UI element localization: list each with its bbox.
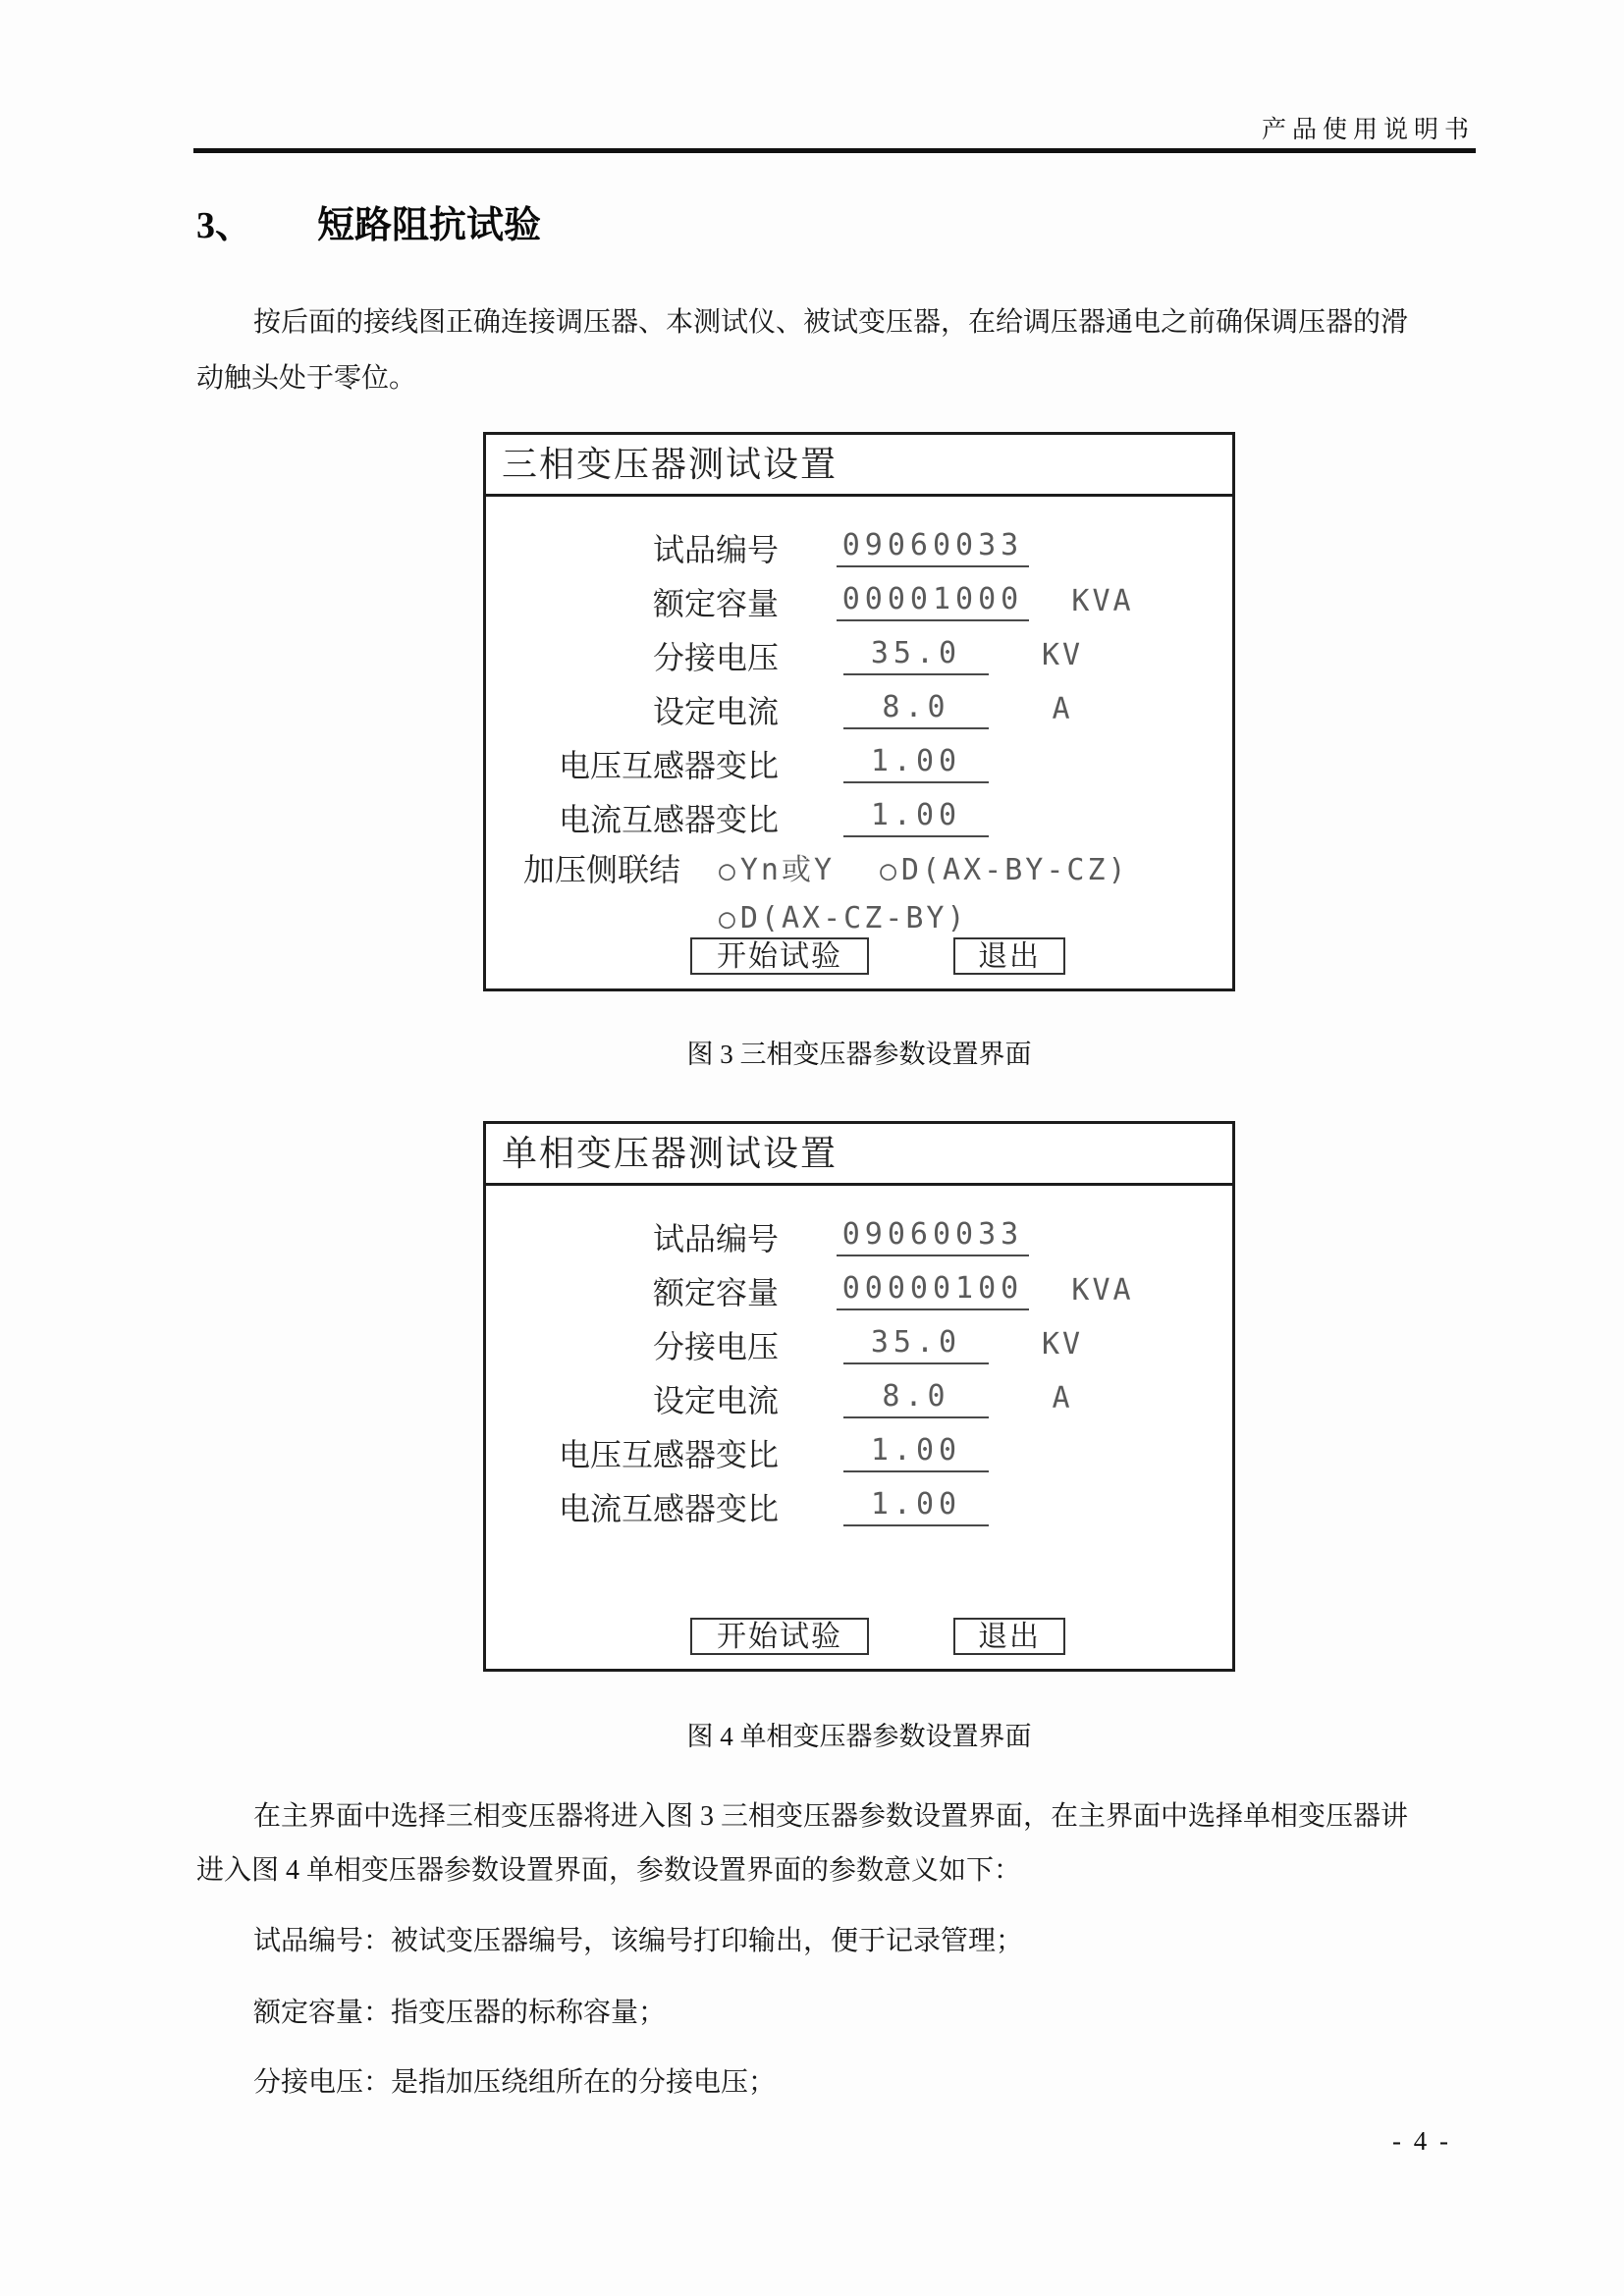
radio-option-label: Yn或Y <box>740 853 835 887</box>
sample-number-field[interactable]: 09060033 <box>837 528 1029 567</box>
rated-capacity-field[interactable]: 00001000 <box>837 582 1029 621</box>
radio-icon: ○ <box>719 854 738 886</box>
ct-ratio-field[interactable]: 1.00 <box>843 1487 989 1526</box>
option-line: ○D(AX-CZ-BY) <box>719 894 1129 942</box>
connection-row: 加压侧联结 ○Yn或Y ○D(AX-BY-CZ) ○D(AX-CZ-BY) <box>486 846 1232 942</box>
set-current-field[interactable]: 8.0 <box>843 690 989 729</box>
table-row: 试品编号 09060033 <box>486 520 1232 574</box>
paragraph-line: 动触头处于零位。 <box>196 350 1492 406</box>
paragraph-line: 在主界面中选择三相变压器将进入图 3 三相变压器参数设置界面，在主界面中选择单相… <box>196 1789 1492 1843</box>
manual-page: 产品使用说明书 3、短路阻抗试验 按后面的接线图正确连接调压器、本测试仪、被试变… <box>0 0 1624 2296</box>
field-label: 电压互感器变比 <box>486 1430 779 1475</box>
connection-label: 加压侧联结 <box>523 846 680 893</box>
connection-options: ○Yn或Y ○D(AX-BY-CZ) ○D(AX-CZ-BY) <box>719 846 1129 942</box>
radio-option-d-axczby[interactable]: ○D(AX-CZ-BY) <box>719 901 968 935</box>
page-number: - 4 - <box>1392 2126 1451 2157</box>
radio-option-label: D(AX-BY-CZ) <box>901 853 1129 887</box>
section-number: 3、 <box>196 205 252 246</box>
table-row: 电压互感器变比 1.00 <box>486 736 1232 790</box>
panel-title: 单相变压器测试设置 <box>486 1124 1232 1186</box>
option-line: ○Yn或Y ○D(AX-BY-CZ) <box>719 846 1129 894</box>
field-label: 分接电压 <box>486 1322 779 1367</box>
exit-button[interactable]: 退出 <box>953 1618 1065 1655</box>
definition-tap-voltage: 分接电压：是指加压绕组所在的分接电压； <box>253 2060 776 2100</box>
panel-title: 三相变压器测试设置 <box>486 435 1232 497</box>
definition-sample-number: 试品编号：被试变压器编号，该编号打印输出，便于记录管理； <box>253 1919 1023 1958</box>
button-row: 开始试验 退出 <box>690 937 1065 975</box>
unit-label: A <box>999 692 1126 726</box>
start-test-button[interactable]: 开始试验 <box>690 1618 869 1655</box>
unit-label: KV <box>999 638 1126 672</box>
intro-paragraph: 按后面的接线图正确连接调压器、本测试仪、被试变压器，在给调压器通电之前确保调压器… <box>196 294 1492 406</box>
table-row: 分接电压 35.0 KV <box>486 628 1232 682</box>
settings-rows: 试品编号 09060033 额定容量 00001000 KVA 分接电压 35.… <box>486 497 1232 942</box>
field-label: 电压互感器变比 <box>486 741 779 786</box>
section-title: 短路阻抗试验 <box>317 205 541 246</box>
figure4-caption: 图 4 单相变压器参数设置界面 <box>483 1715 1235 1753</box>
unit-label: KV <box>999 1327 1126 1362</box>
unit-label: KVA <box>1039 584 1166 618</box>
table-row: 电流互感器变比 1.00 <box>486 790 1232 844</box>
field-label: 设定电流 <box>486 1376 779 1421</box>
radio-icon: ○ <box>719 902 738 934</box>
section-heading: 3、短路阻抗试验 <box>196 194 541 248</box>
field-label: 额定容量 <box>486 1268 779 1313</box>
paragraph-line: 进入图 4 单相变压器参数设置界面，参数设置界面的参数意义如下： <box>196 1843 1492 1897</box>
tap-voltage-field[interactable]: 35.0 <box>843 636 989 675</box>
radio-option-d-axbycz[interactable]: ○D(AX-BY-CZ) <box>880 853 1129 887</box>
table-row: 额定容量 00001000 KVA <box>486 574 1232 628</box>
field-label: 设定电流 <box>486 687 779 732</box>
button-row: 开始试验 退出 <box>690 1618 1065 1655</box>
table-row: 电压互感器变比 1.00 <box>486 1425 1232 1479</box>
field-label: 电流互感器变比 <box>486 1484 779 1529</box>
field-label: 试品编号 <box>486 1214 779 1259</box>
ct-ratio-field[interactable]: 1.00 <box>843 798 989 837</box>
exit-button[interactable]: 退出 <box>953 937 1065 975</box>
table-row: 设定电流 8.0 A <box>486 1371 1232 1425</box>
figure3-caption: 图 3 三相变压器参数设置界面 <box>483 1033 1235 1071</box>
definition-rated-capacity: 额定容量：指变压器的标称容量； <box>253 1991 666 2030</box>
settings-rows: 试品编号 09060033 额定容量 00000100 KVA 分接电压 35.… <box>486 1186 1232 1533</box>
table-row: 电流互感器变比 1.00 <box>486 1479 1232 1533</box>
radio-icon: ○ <box>880 854 899 886</box>
table-row: 设定电流 8.0 A <box>486 682 1232 736</box>
document-header-title: 产品使用说明书 <box>1262 110 1475 145</box>
table-row: 分接电压 35.0 KV <box>486 1317 1232 1371</box>
unit-label: KVA <box>1039 1273 1166 1308</box>
radio-option-label: D(AX-CZ-BY) <box>740 901 968 935</box>
set-current-field[interactable]: 8.0 <box>843 1379 989 1418</box>
unit-label: A <box>999 1381 1126 1415</box>
single-phase-settings-panel: 单相变压器测试设置 试品编号 09060033 额定容量 00000100 KV… <box>483 1121 1235 1672</box>
tap-voltage-field[interactable]: 35.0 <box>843 1325 989 1364</box>
field-label: 试品编号 <box>486 525 779 570</box>
sample-number-field[interactable]: 09060033 <box>837 1217 1029 1256</box>
field-label: 电流互感器变比 <box>486 795 779 840</box>
field-label: 分接电压 <box>486 633 779 678</box>
pt-ratio-field[interactable]: 1.00 <box>843 1433 989 1472</box>
paragraph-line: 按后面的接线图正确连接调压器、本测试仪、被试变压器，在给调压器通电之前确保调压器… <box>196 294 1492 350</box>
table-row: 试品编号 09060033 <box>486 1209 1232 1263</box>
start-test-button[interactable]: 开始试验 <box>690 937 869 975</box>
rated-capacity-field[interactable]: 00000100 <box>837 1271 1029 1310</box>
radio-option-yn[interactable]: ○Yn或Y <box>719 853 835 887</box>
field-label: 额定容量 <box>486 579 779 624</box>
description-paragraph: 在主界面中选择三相变压器将进入图 3 三相变压器参数设置界面，在主界面中选择单相… <box>196 1789 1492 1897</box>
three-phase-settings-panel: 三相变压器测试设置 试品编号 09060033 额定容量 00001000 KV… <box>483 432 1235 991</box>
pt-ratio-field[interactable]: 1.00 <box>843 744 989 783</box>
table-row: 额定容量 00000100 KVA <box>486 1263 1232 1317</box>
header-rule <box>193 148 1476 153</box>
